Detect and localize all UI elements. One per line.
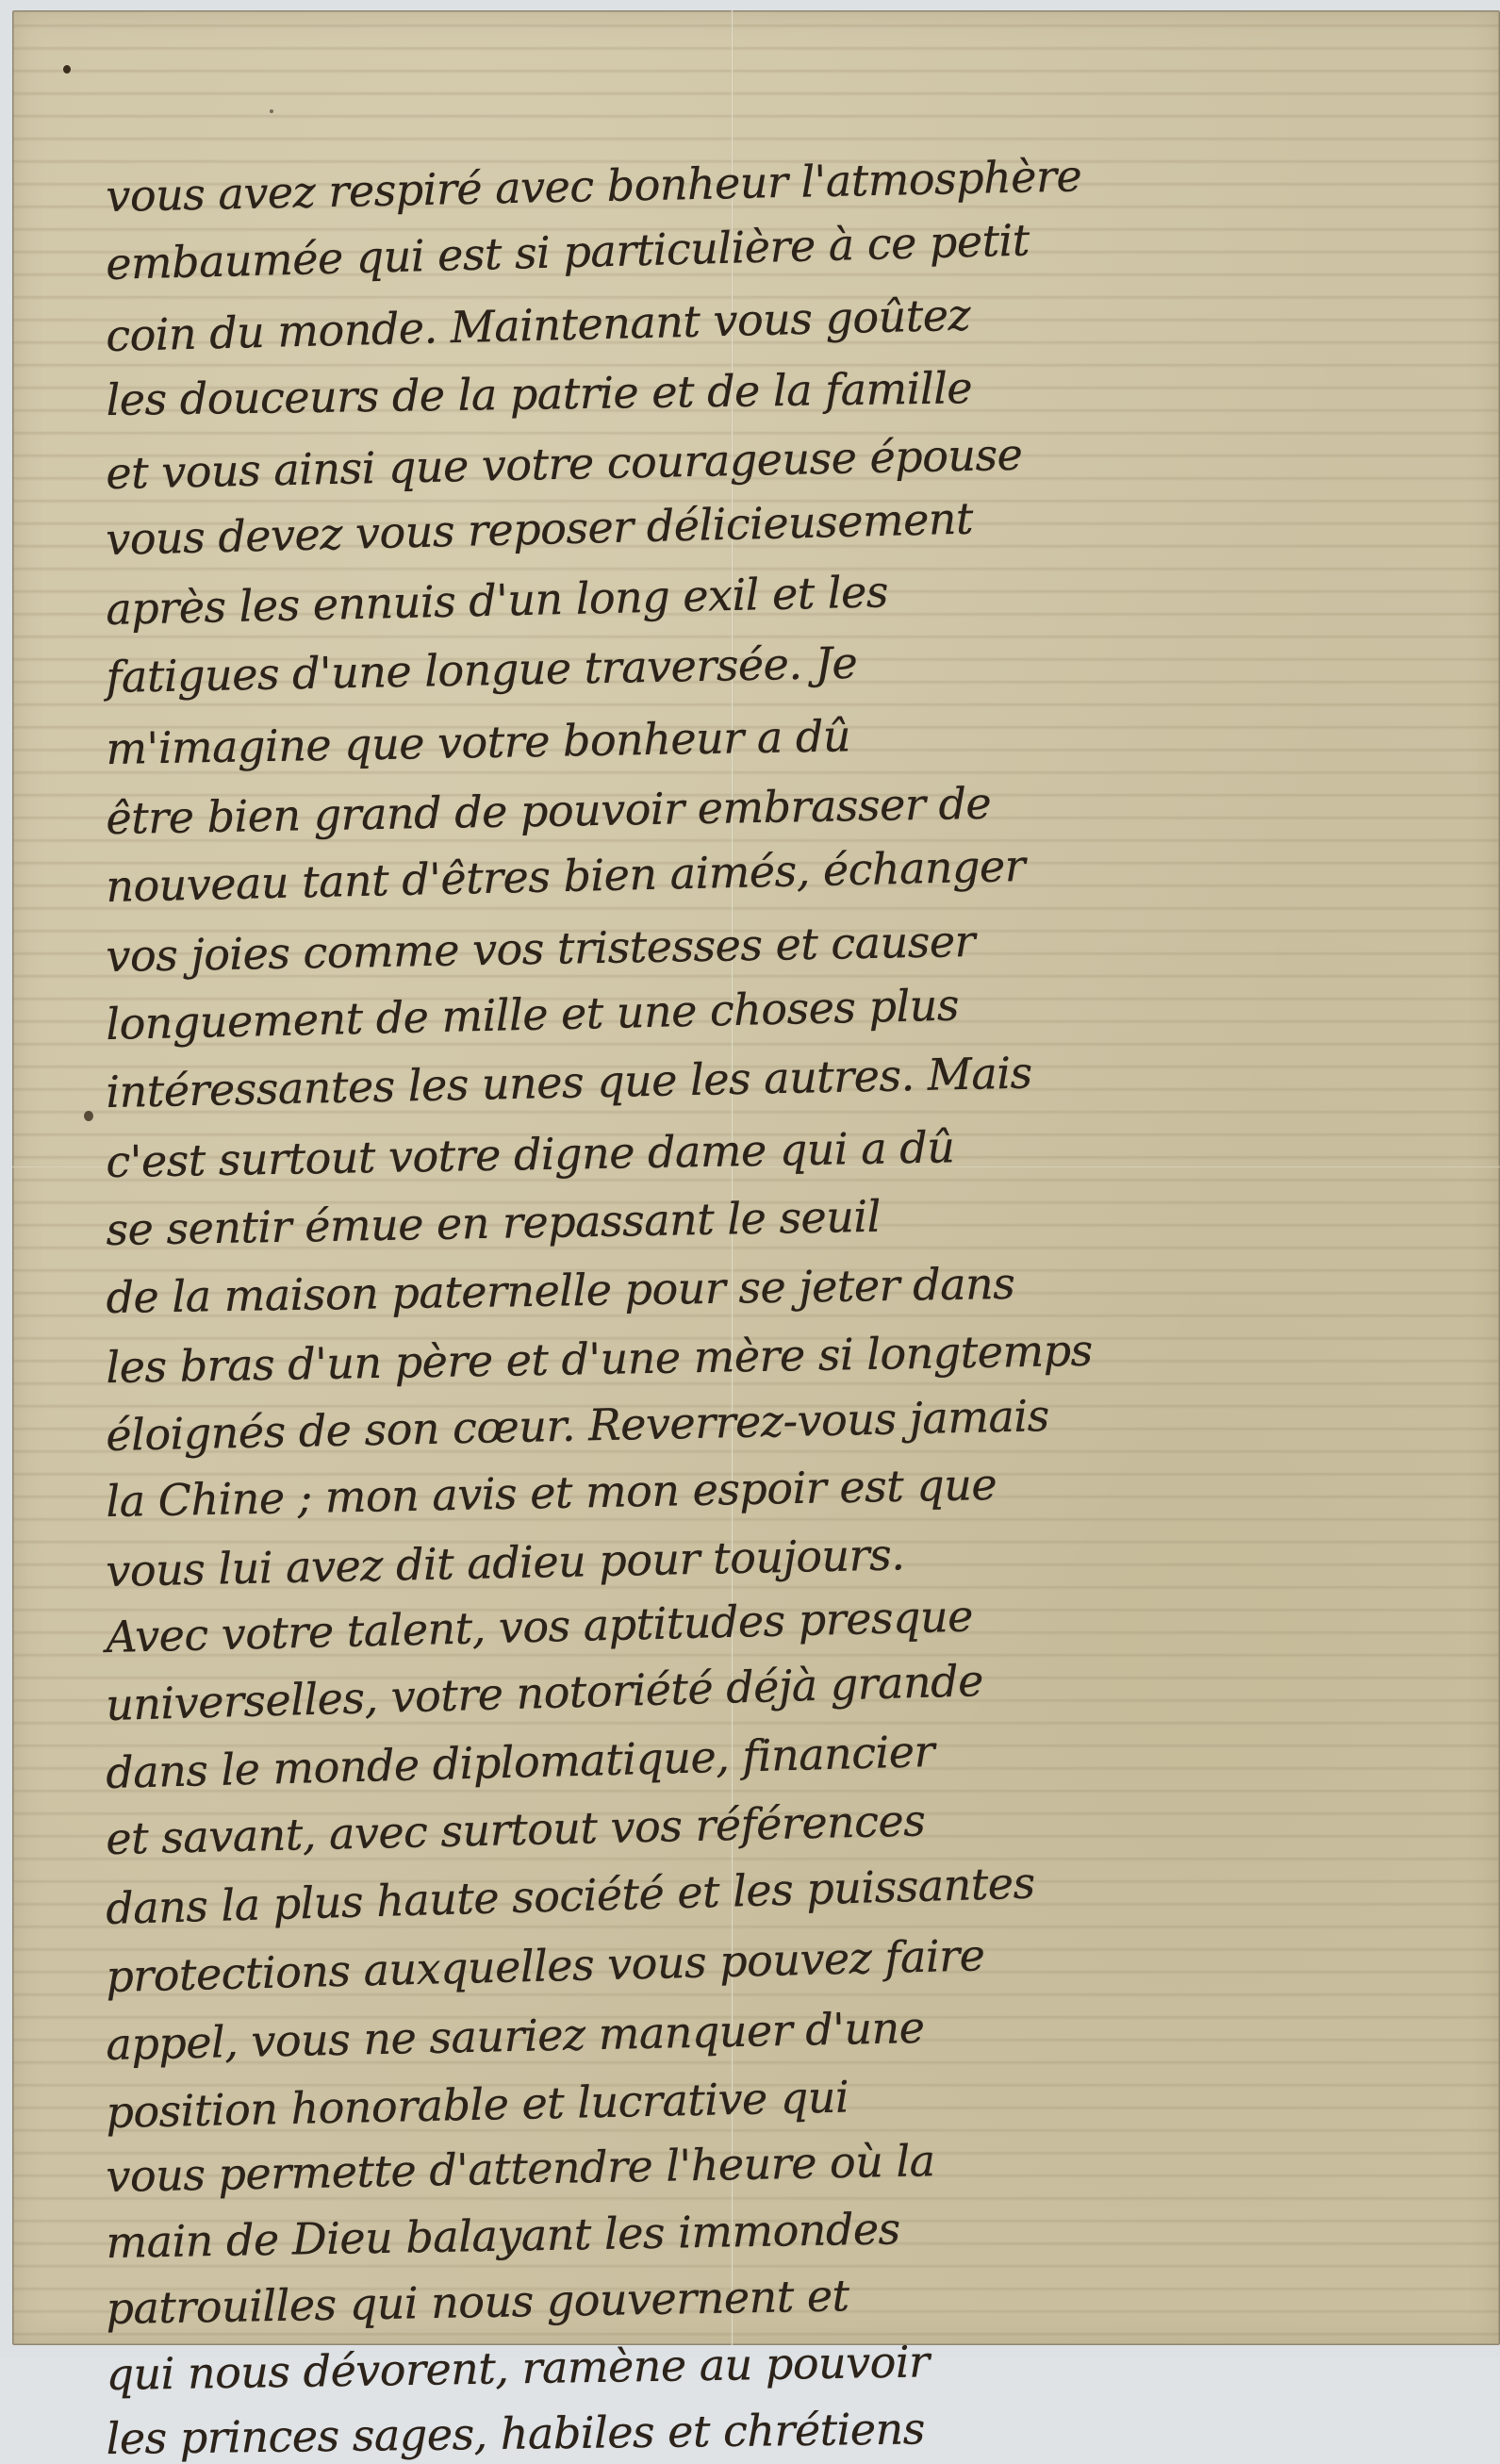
letter-line: fatigues d'une longue traversée. Je	[106, 637, 858, 703]
letter-line: la Chine ; mon avis et mon espoir est qu…	[106, 1459, 997, 1527]
letter-line: les douceurs de la patrie et de la famil…	[106, 362, 972, 425]
letter-line: m'imagine que votre bonheur a dû	[106, 710, 850, 774]
letter-page: vous avez respiré avec bonheur l'atmosph…	[12, 10, 1500, 2345]
letter-line: c'est surtout votre digne dame qui a dû	[106, 1121, 955, 1187]
letter-line: coin du monde. Maintenant vous goûtez	[106, 289, 971, 361]
letter-line: après les ennuis d'un long exil et les	[106, 566, 889, 635]
letter-line: vous permette d'attendre l'heure où la	[106, 2135, 935, 2202]
letter-line: être bien grand de pouvoir embrasser de	[106, 778, 992, 844]
letter-line: universelles, votre notoriété déjà grand…	[105, 1655, 983, 1730]
letter-line: intéressantes les unes que les autres. M…	[106, 1047, 1032, 1117]
letter-line: Avec votre talent, vos aptitudes presque	[106, 1591, 974, 1662]
ink-spot-left-margin	[84, 1111, 93, 1121]
letter-line: vous avez respiré avec bonheur l'atmosph…	[106, 150, 1082, 222]
letter-line: appel, vous ne sauriez manquer d'une	[106, 2002, 925, 2070]
letter-line: qui nous dévorent, ramène au pouvoir	[106, 2336, 930, 2357]
ink-spot-top-left	[63, 65, 71, 74]
letter-line: les bras d'un père et d'une mère si long…	[106, 1325, 1093, 1393]
letter-line: vos joies comme vos tristesses et causer	[106, 916, 975, 982]
letter-line: de la maison paternelle pour se jeter da…	[106, 1258, 1015, 1323]
letter-line: embaumée qui est si particulière à ce pe…	[106, 214, 1030, 289]
letter-line: longuement de mille et une choses plus	[106, 979, 960, 1050]
letter-line: se sentir émue en repassant le seuil	[106, 1191, 881, 1255]
letter-line: vous lui avez dit adieu pour toujours.	[106, 1529, 905, 1596]
ink-spot-small	[270, 109, 273, 113]
letter-line: et savant, avec surtout vos références	[106, 1794, 926, 1864]
letter-line: et vous ainsi que votre courageuse épous…	[106, 429, 1023, 499]
letter-line: main de Dieu balayant les immondes	[106, 2203, 900, 2268]
letter-line: patrouilles qui nous gouvernent et	[106, 2270, 849, 2334]
letter-line: position honorable et lucrative qui	[106, 2072, 849, 2138]
letter-line: nouveau tant d'êtres bien aimés, échange…	[106, 840, 1026, 912]
letter-line: éloignés de son cœur. Reverrez-vous jama…	[106, 1390, 1049, 1461]
letter-line: dans la plus haute société et les puissa…	[105, 1857, 1035, 1934]
letter-line: vous devez vous reposer délicieusement	[106, 493, 974, 565]
vertical-fold-crease	[731, 10, 734, 2345]
letter-line: dans le monde diplomatique, financier	[106, 1726, 935, 1798]
letter-line: protections auxquelles vous pouvez faire	[106, 1929, 985, 2002]
